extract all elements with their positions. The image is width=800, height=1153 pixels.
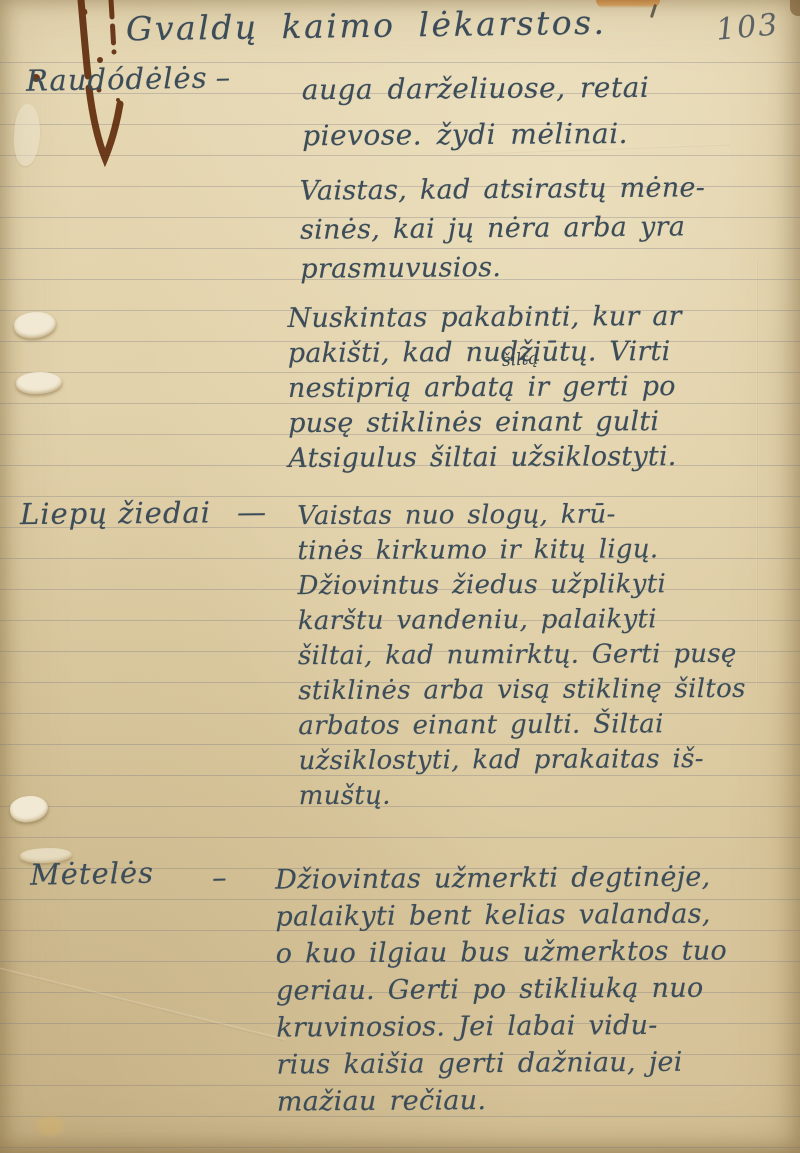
term-text: Liepų žiedai bbox=[20, 495, 211, 531]
handwritten-line: užsiklostyti, kad prakaitas iš- bbox=[298, 742, 746, 779]
handwritten-line: sinės, kai jų nėra arba yra bbox=[300, 207, 706, 250]
paper-tear bbox=[12, 103, 42, 167]
entry-raudodeles-paragraph-2: Vaistas, kad atsirastų mėne- sinės, kai … bbox=[299, 168, 706, 289]
handwritten-line: kruvinosios. Jei labai vidu- bbox=[276, 1006, 728, 1046]
entry-term-liepu-ziedai: Liepų žiedai— bbox=[20, 495, 267, 531]
inserted-word-above-line: šiltą bbox=[501, 350, 539, 370]
handwritten-line: Džiovintas užmerkti degtinėje, bbox=[275, 858, 727, 898]
handwritten-line: Džiovintus žiedus užplikyti bbox=[298, 567, 746, 604]
paper-tear bbox=[12, 309, 57, 341]
manuscript-page: Gvaldų kaimo lėkarstos. 103 Raudódėlės– … bbox=[0, 0, 800, 1153]
term-dash: – bbox=[212, 860, 228, 894]
paper-crease bbox=[0, 961, 286, 1041]
term-text: Raudódėlės bbox=[26, 61, 208, 98]
handwritten-line: tinės kirkumo ir kitų ligų. bbox=[297, 532, 745, 569]
entry-meteles-paragraph-1: Džiovintas užmerkti degtinėje, palaikyti… bbox=[275, 858, 728, 1120]
term-text: Mėtelės bbox=[30, 856, 155, 892]
handwritten-line: pakišti, kad nudžiūtų. Virti bbox=[288, 334, 682, 371]
handwritten-line: o kuo ilgiau bus užmerktos tuo bbox=[276, 932, 728, 972]
handwritten-line: geriau. Gerti po stikliuką nuo bbox=[276, 969, 728, 1009]
handwritten-line: Nuskintas pakabinti, kur ar bbox=[288, 299, 682, 336]
handwritten-line: Atsigulus šiltai užsiklostyti. bbox=[288, 439, 682, 476]
page-title: Gvaldų kaimo lėkarstos. bbox=[126, 3, 607, 49]
entry-raudodeles-paragraph-3: Nuskintas pakabinti, kur ar pakišti, kad… bbox=[288, 299, 683, 476]
page-number: 103 bbox=[715, 7, 781, 47]
handwritten-line: arbatos einant gulti. Šiltai bbox=[298, 707, 746, 744]
handwritten-line: Vaistas nuo slogų, krū- bbox=[297, 497, 745, 534]
paper-crease bbox=[756, 260, 758, 690]
term-dash: — bbox=[237, 495, 267, 529]
handwritten-line: pievose. žydi mėlinai. bbox=[302, 111, 650, 159]
handwritten-line: auga darželiuose, retai bbox=[302, 65, 650, 113]
entry-term-meteles: Mėtelės– bbox=[30, 854, 228, 891]
handwritten-line: pusę stiklinės einant gulti bbox=[288, 404, 682, 441]
paper-tear bbox=[15, 370, 62, 395]
entry-raudodeles-paragraph-1: auga darželiuose, retai pievose. žydi mė… bbox=[302, 65, 650, 159]
handwritten-line: mažiau rečiau. bbox=[277, 1080, 729, 1120]
corner-stain bbox=[790, 0, 800, 16]
handwritten-line: rius kaišia gerti dažniau, jei bbox=[276, 1043, 728, 1083]
handwritten-line: Vaistas, kad atsirastų mėne- bbox=[299, 168, 705, 211]
entry-liepu-ziedai-paragraph-1: Vaistas nuo slogų, krū- tinės kirkumo ir… bbox=[297, 497, 746, 814]
paper-tear bbox=[8, 793, 50, 825]
term-dash: – bbox=[215, 60, 231, 94]
entry-term-raudodeles: Raudódėlės– bbox=[26, 60, 232, 98]
handwritten-line: palaikyti bent kelias valandas, bbox=[275, 895, 727, 935]
handwritten-line: prasmuvusios. bbox=[300, 246, 706, 289]
handwritten-line: muštų. bbox=[299, 777, 747, 814]
handwritten-line: stiklinės arba visą stiklinę šiltos bbox=[298, 672, 746, 709]
handwritten-line: nestiprią arbatą ir gerti po bbox=[288, 369, 682, 406]
handwritten-line: šiltai, kad numirktų. Gerti pusę bbox=[298, 637, 746, 674]
paper-spot bbox=[36, 1116, 64, 1136]
handwritten-line: karštu vandeniu, palaikyti bbox=[298, 602, 746, 639]
